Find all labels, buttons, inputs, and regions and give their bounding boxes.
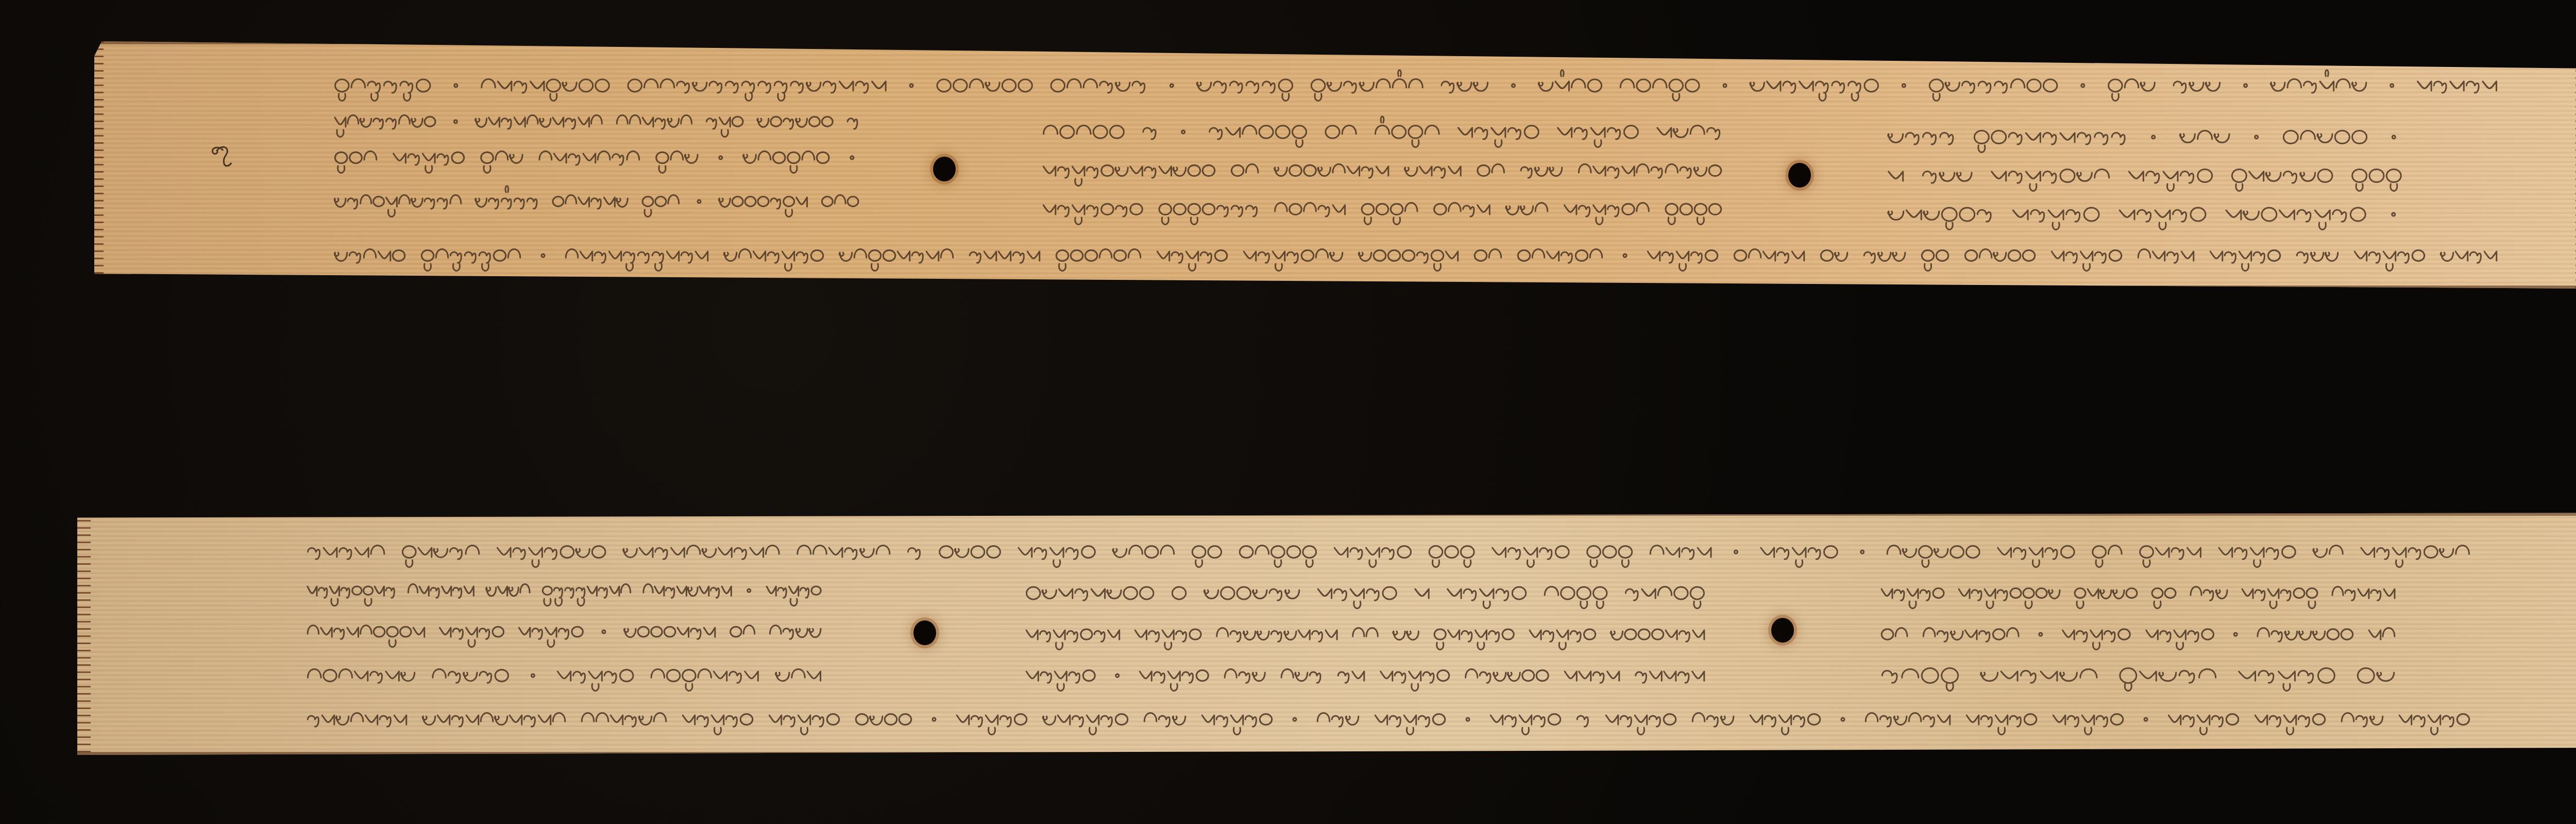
handwritten-script-strokes — [307, 572, 822, 608]
text-line: ဟ္မာဒိဋ္ဌိ တုရ္ဂ ဓိဗ္ဗတ ဝဓိ ။ ယောဘဂဝါ ဘိ… — [334, 183, 859, 219]
handwritten-script-strokes — [1025, 616, 1705, 652]
handwritten-script-strokes — [334, 67, 2498, 103]
binding-hole — [913, 620, 936, 645]
text-line: ဓပဗ္ဗယော ဘ ဟောတ္တ ဗုဒ္ဓ လ ဗုဒ္ဓ ကာဝဝ ဂ်က… — [1025, 575, 1705, 611]
text-line: ဗုဒ္ဓဂံ ဝေဝေဂ္ဂ သဓိဂ် ဝေဝဲ ဓိဂ် ယတိ ဗုဒ္… — [1042, 191, 1722, 227]
text-line: ဗုဒ္ဓဂ် ဗုဒ္ဓ သုပဟုပလ္လ သိ ယတ ဝဗုဒ္ဓ ဗုဒ… — [1025, 616, 1705, 652]
text-line: ဗုဒ္ဓ ။ ဗုဒ္ဓ သုပ သယဂ ဂ် ဗုဒ္ဓ သုပတော လဗ… — [1025, 657, 1705, 693]
text-line: ဗုဒ္ဓဝါဂ သဗ္ဗဂ် ပ်ဟိ ဝဇ္ဇဗ္ဗိ သဗ္ဗဟဗ္ဗ ။… — [307, 572, 822, 608]
text-line: ပါပဝေဂ ဗုဒ္ဓ ဗုဒ္ဓ လယာဗုဒ္ဓ ။ — [1887, 196, 2402, 232]
handwritten-script-strokes — [334, 103, 859, 139]
leaf-number-glyph: ဥ — [208, 139, 233, 170]
text-line: တုသလေ ဝိဇ္ဇာသ ။ သဗ္ဗဇ္ဇဗ္ဗ ဟိဗုဒ္ဓ ပိဝေလ… — [334, 237, 2498, 273]
binding-hole — [1771, 618, 1794, 643]
handwritten-script-strokes — [1025, 575, 1705, 611]
text-line: လ ၿပီ ဗုဒ္ဓပြ ဗုဒ္ဓ ဝါတုယာ ဝေဝ — [1887, 157, 2402, 193]
handwritten-script-strokes — [1880, 616, 2396, 652]
text-line: ညာဏဗ္ဗပ သုပဂဓ ။ ဗုဒ္ဓ ကာဝသဗ္ဗ ပသဗ — [307, 657, 822, 693]
binding-hole — [1788, 163, 1811, 188]
handwritten-script-strokes — [307, 657, 822, 693]
leaf-frayed-edge-left — [94, 41, 104, 289]
text-line: ဗုဒ္ဓ ဗုဒ္ဓဝာယ ဝါတယာ ဝေ သုပ ဗုဒ္ဓဝ သုဗ္ဗ — [1880, 575, 2396, 611]
handwritten-script-strokes — [1887, 196, 2402, 232]
text-line: ဂ်ပသဗ္ဗ တဗ္ဗိတလ္လိ သိလ္ပိ ဗုဒ္ဓ ဗုဒ္ဓ ဓယ… — [307, 701, 2470, 737]
handwritten-script-strokes — [334, 183, 859, 219]
palm-leaf-folio-bottom: ဥလ္လိ ဝါတုသ ဗုဒ္ဓယေ တဗ္ဗိတလ္လိ သိလ္ပိ ဥ … — [77, 513, 2576, 755]
handwritten-script-strokes — [1887, 157, 2402, 193]
text-line: ဝဓိ ဗုဒ္ဓ ဝသယ သဗ္ဗဏ္ဏ ဝသယ ။ ပသာဝသာ ။ — [334, 139, 859, 175]
handwritten-script-strokes — [334, 237, 2498, 273]
handwritten-script-strokes — [1042, 191, 1722, 227]
binding-hole — [933, 157, 956, 181]
text-line: ဥလ္လိ ဝါတုသ ဗုဒ္ဓယေ တဗ္ဗိတလ္လိ သိလ္ပိ ဥ … — [307, 533, 2470, 569]
handwritten-script-strokes — [307, 701, 2470, 737]
text-line: သဗ္ဗကာဝေလ ဗုဒ္ဓ ဗုဒ္ဓ ။ ယောဓဗ္ဗ ဘိ သုပတ — [307, 613, 822, 649]
handwritten-script-strokes — [307, 613, 822, 649]
text-line: ဗုဒ္ဓပဗ္ဗယော ဘိ ဟောတိလ္လ တဗ္ဗ ဘိ ၿပီ သဗ္… — [1042, 152, 1722, 188]
text-line: ဘိ သုပဗုဓိ ။ ဗုဒ္ဓ ဗုဒ္ဓ ။ သုပယတော ဗြ — [1880, 616, 2396, 652]
handwritten-script-strokes — [1880, 575, 2396, 611]
text-line: ဒိဋ္ဌိယေ ။ တဗ္ဗိတလ္လိ သိလ္ပိ ဥဒေ ပေဂတော … — [334, 103, 859, 139]
handwritten-script-strokes — [307, 533, 2470, 569]
handwritten-script-strokes — [1042, 113, 1722, 149]
handwritten-script-strokes — [1042, 152, 1722, 188]
palm-leaf-folio-top: ဥ ဝိဇ္ဇာ ။ သဗ္ဗဝတော ဘိက္ခုဥဇ္ဇုဟုလ္လ ။ ဉ… — [94, 41, 2576, 289]
leaf-frayed-edge-left — [77, 513, 91, 755]
text-line: ဝိဇ္ဇာ ။ သဗ္ဗဝတော ဘိက္ခုဥဇ္ဇုဟုလ္လ ။ ဉာဏ… — [334, 67, 2498, 103]
handwritten-script-strokes — [1887, 119, 2402, 155]
handwritten-script-strokes — [1880, 657, 2396, 693]
text-line: တဂ္ဂ ဝေဖဗ္ဗဂ္ဂ ။ တိပ ။ ဓိတော ။ — [1887, 119, 2402, 155]
text-line: ညာဏော ဖ ။ ဥဗိဘာဝ ဘိ နာဝိ ဗုဒ္ဓ ဗုဒ္ဓ ဗဟိ… — [1042, 113, 1722, 149]
handwritten-script-strokes — [334, 139, 859, 175]
text-line: ဖကာဝ ပဗ္ဗပသ ဝါတုသ ဗုဒ္ဓ ဓယ — [1880, 657, 2396, 693]
handwritten-script-strokes — [1025, 657, 1705, 693]
